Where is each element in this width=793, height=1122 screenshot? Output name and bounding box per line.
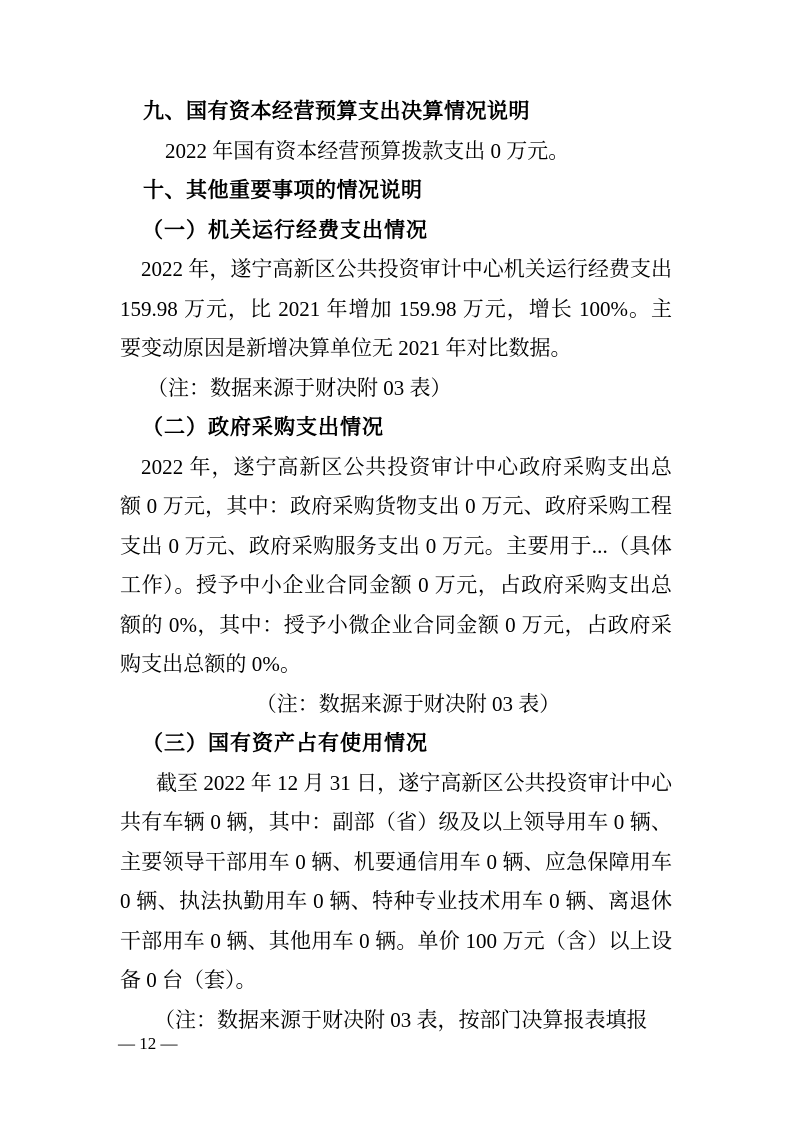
note-data-source-1: （注：数据来源于财决附 03 表） bbox=[120, 369, 672, 409]
section-heading-10: 十、其他重要事项的情况说明 bbox=[120, 171, 672, 211]
subheading-government-procurement: （二）政府采购支出情况 bbox=[120, 408, 672, 448]
section-heading-9: 九、国有资本经营预算支出决算情况说明 bbox=[120, 92, 672, 132]
note-data-source-2: （注：数据来源于财决附 03 表） bbox=[120, 685, 672, 725]
paragraph-state-capital-expenditure: 2022 年国有资本经营预算拨款支出 0 万元。 bbox=[120, 132, 672, 172]
paragraph-agency-operating-expenses: 2022 年，遂宁高新区公共投资审计中心机关运行经费支出 159.98 万元，比… bbox=[120, 250, 672, 369]
paragraph-state-owned-assets: 截至 2022 年 12 月 31 日，遂宁高新区公共投资审计中心共有车辆 0 … bbox=[120, 764, 672, 1001]
document-page: 九、国有资本经营预算支出决算情况说明 2022 年国有资本经营预算拨款支出 0 … bbox=[0, 0, 793, 1122]
page-number: — 12 — bbox=[118, 1034, 178, 1054]
paragraph-government-procurement: 2022 年，遂宁高新区公共投资审计中心政府采购支出总额 0 万元，其中：政府采… bbox=[120, 448, 672, 685]
subheading-agency-operating-expenses: （一）机关运行经费支出情况 bbox=[120, 211, 672, 251]
subheading-state-owned-assets: （三）国有资产占有使用情况 bbox=[120, 724, 672, 764]
document-body: 九、国有资本经营预算支出决算情况说明 2022 年国有资本经营预算拨款支出 0 … bbox=[120, 92, 672, 1040]
note-data-source-3: （注：数据来源于财决附 03 表，按部门决算报表填报 bbox=[120, 1001, 672, 1041]
